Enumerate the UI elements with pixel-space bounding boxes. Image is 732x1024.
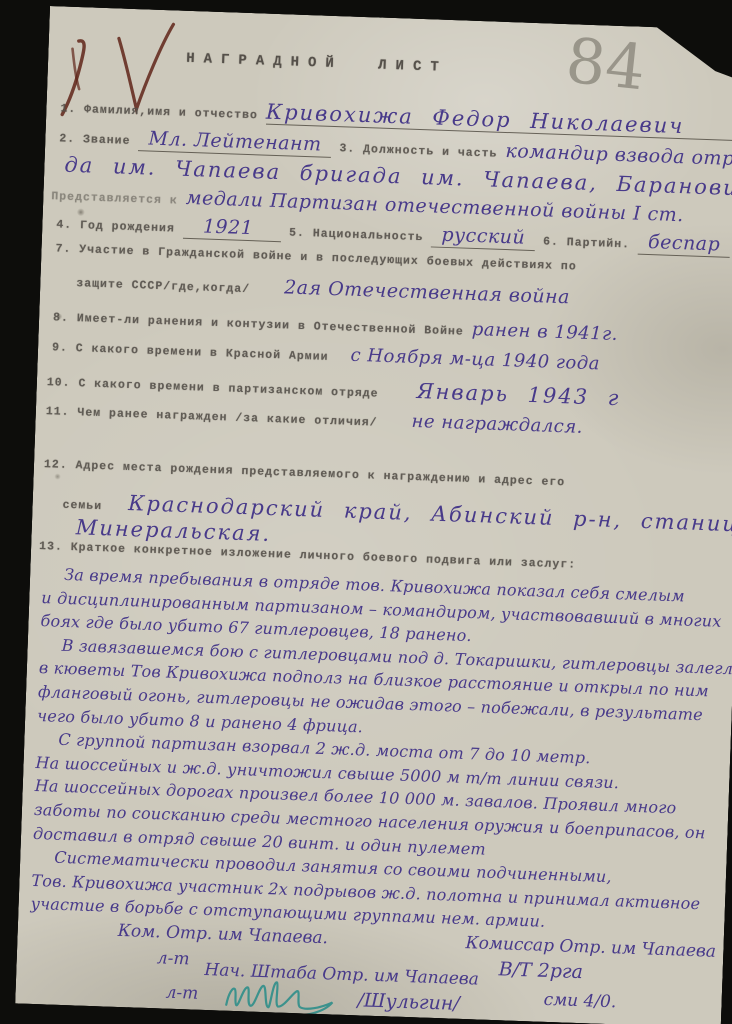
field-birthyear-label: 4. Год рождения	[56, 218, 175, 235]
field-nationality-value: русский	[431, 223, 536, 251]
field-award-label: Представляется к	[51, 190, 178, 207]
photo-background: 84 НАГРАДНОЙ ЛИСТ 1. Фамилия,имя и отчес…	[0, 0, 732, 1024]
citation-text: За время пребывания в отряде тов. Кривох…	[30, 562, 710, 939]
field-position-label: 3. Должность и часть	[339, 142, 497, 161]
field-address-label1: 12. Адрес места рождения представляемого…	[44, 458, 566, 489]
field-rank-label: 2. Звание	[59, 132, 131, 147]
field-partisan-label: 10. С какого времени в партизанском отря…	[47, 376, 379, 401]
chief-of-staff-signature-ink	[220, 975, 351, 1020]
field-prevawards-value: не награждался.	[411, 411, 583, 438]
document-paper: 84 НАГРАДНОЙ ЛИСТ 1. Фамилия,имя и отчес…	[15, 6, 732, 1024]
field-rank-value: Мл. Лейтенант	[138, 127, 332, 158]
field-party-label: 6. Партийн.	[543, 235, 630, 251]
field-civilwar-label2: защите СССР/где,когда/	[76, 277, 250, 296]
signature-commander-rank: л-т	[156, 948, 189, 969]
field-address-line1: 12. Адрес места рождения представляемого…	[44, 458, 732, 495]
field-party-value: беспар	[638, 231, 731, 258]
field-address-label2: семьи	[62, 499, 102, 513]
field-wounds-label: 8. Имеет-ли ранения и контузии в Отечест…	[53, 311, 464, 338]
field-redarmy-label: 9. С какого времени в Красной Армии	[52, 341, 329, 364]
signature-chief-of-staff-rank: л-т	[165, 983, 198, 1004]
field-nationality-label: 5. Национальность	[289, 226, 424, 244]
field-birthyear-value: 1921	[182, 215, 281, 242]
signature-commissar-rank: В/Т 2рга	[498, 958, 583, 983]
field-partisan-value: Январь 1943 г	[416, 379, 621, 410]
signature-note: сми 4/0.	[543, 990, 616, 1013]
field-redarmy-value: с Ноября м-ца 1940 года	[350, 345, 600, 375]
page-number: 84	[563, 24, 649, 105]
field-civilwar-value: 2ая Отечественная война	[284, 276, 571, 308]
field-position-value: командир взвода отря	[505, 140, 732, 170]
signature-chief-of-staff-name: /Шульгин/	[357, 989, 460, 1015]
field-prevawards-label: 11. Чем ранее награжден /за какие отличи…	[46, 405, 378, 430]
document-title: НАГРАДНОЙ ЛИСТ	[186, 51, 448, 76]
field-wounds-value: ранен в 1941г.	[471, 319, 618, 345]
